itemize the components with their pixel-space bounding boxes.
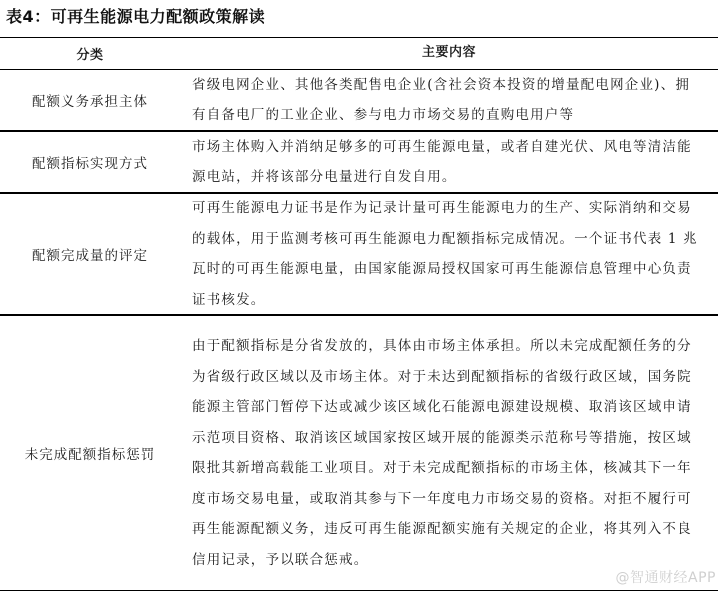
row-category: 配额指标实现方式 <box>0 132 180 192</box>
header-content: 主要内容 <box>180 38 718 69</box>
table-row: 配额义务承担主体 省级电网企业、其他各类配售电企业(含社会资本投资的增量配电网企… <box>0 70 718 132</box>
table-row: 未完成配额指标惩罚 由于配额指标是分省发放的，具体由市场主体承担。所以未完成配额… <box>0 316 718 591</box>
row-content: 市场主体购入并消纳足够多的可再生能源电量，或者自建光伏、风电等清洁能源电站，并将… <box>180 132 718 192</box>
table-row: 配额指标实现方式 市场主体购入并消纳足够多的可再生能源电量，或者自建光伏、风电等… <box>0 132 718 194</box>
watermark: @智通财经APP <box>616 567 716 587</box>
row-category: 配额义务承担主体 <box>0 70 180 130</box>
row-content: 省级电网企业、其他各类配售电企业(含社会资本投资的增量配电网企业)、拥有自备电厂… <box>180 70 718 130</box>
table-header-row: 分类 主要内容 <box>0 38 718 70</box>
row-content: 可再生能源电力证书是作为记录计量可再生能源电力的生产、实际消纳和交易的载体，用于… <box>180 194 718 314</box>
table-title: 表4：可再生能源电力配额政策解读 <box>6 4 265 27</box>
header-category: 分类 <box>0 44 180 63</box>
row-content: 由于配额指标是分省发放的，具体由市场主体承担。所以未完成配额任务的分为省级行政区… <box>180 316 718 590</box>
policy-table: 分类 主要内容 配额义务承担主体 省级电网企业、其他各类配售电企业(含社会资本投… <box>0 37 718 591</box>
table-row: 配额完成量的评定 可再生能源电力证书是作为记录计量可再生能源电力的生产、实际消纳… <box>0 194 718 316</box>
row-category: 未完成配额指标惩罚 <box>0 316 180 590</box>
row-category: 配额完成量的评定 <box>0 194 180 314</box>
